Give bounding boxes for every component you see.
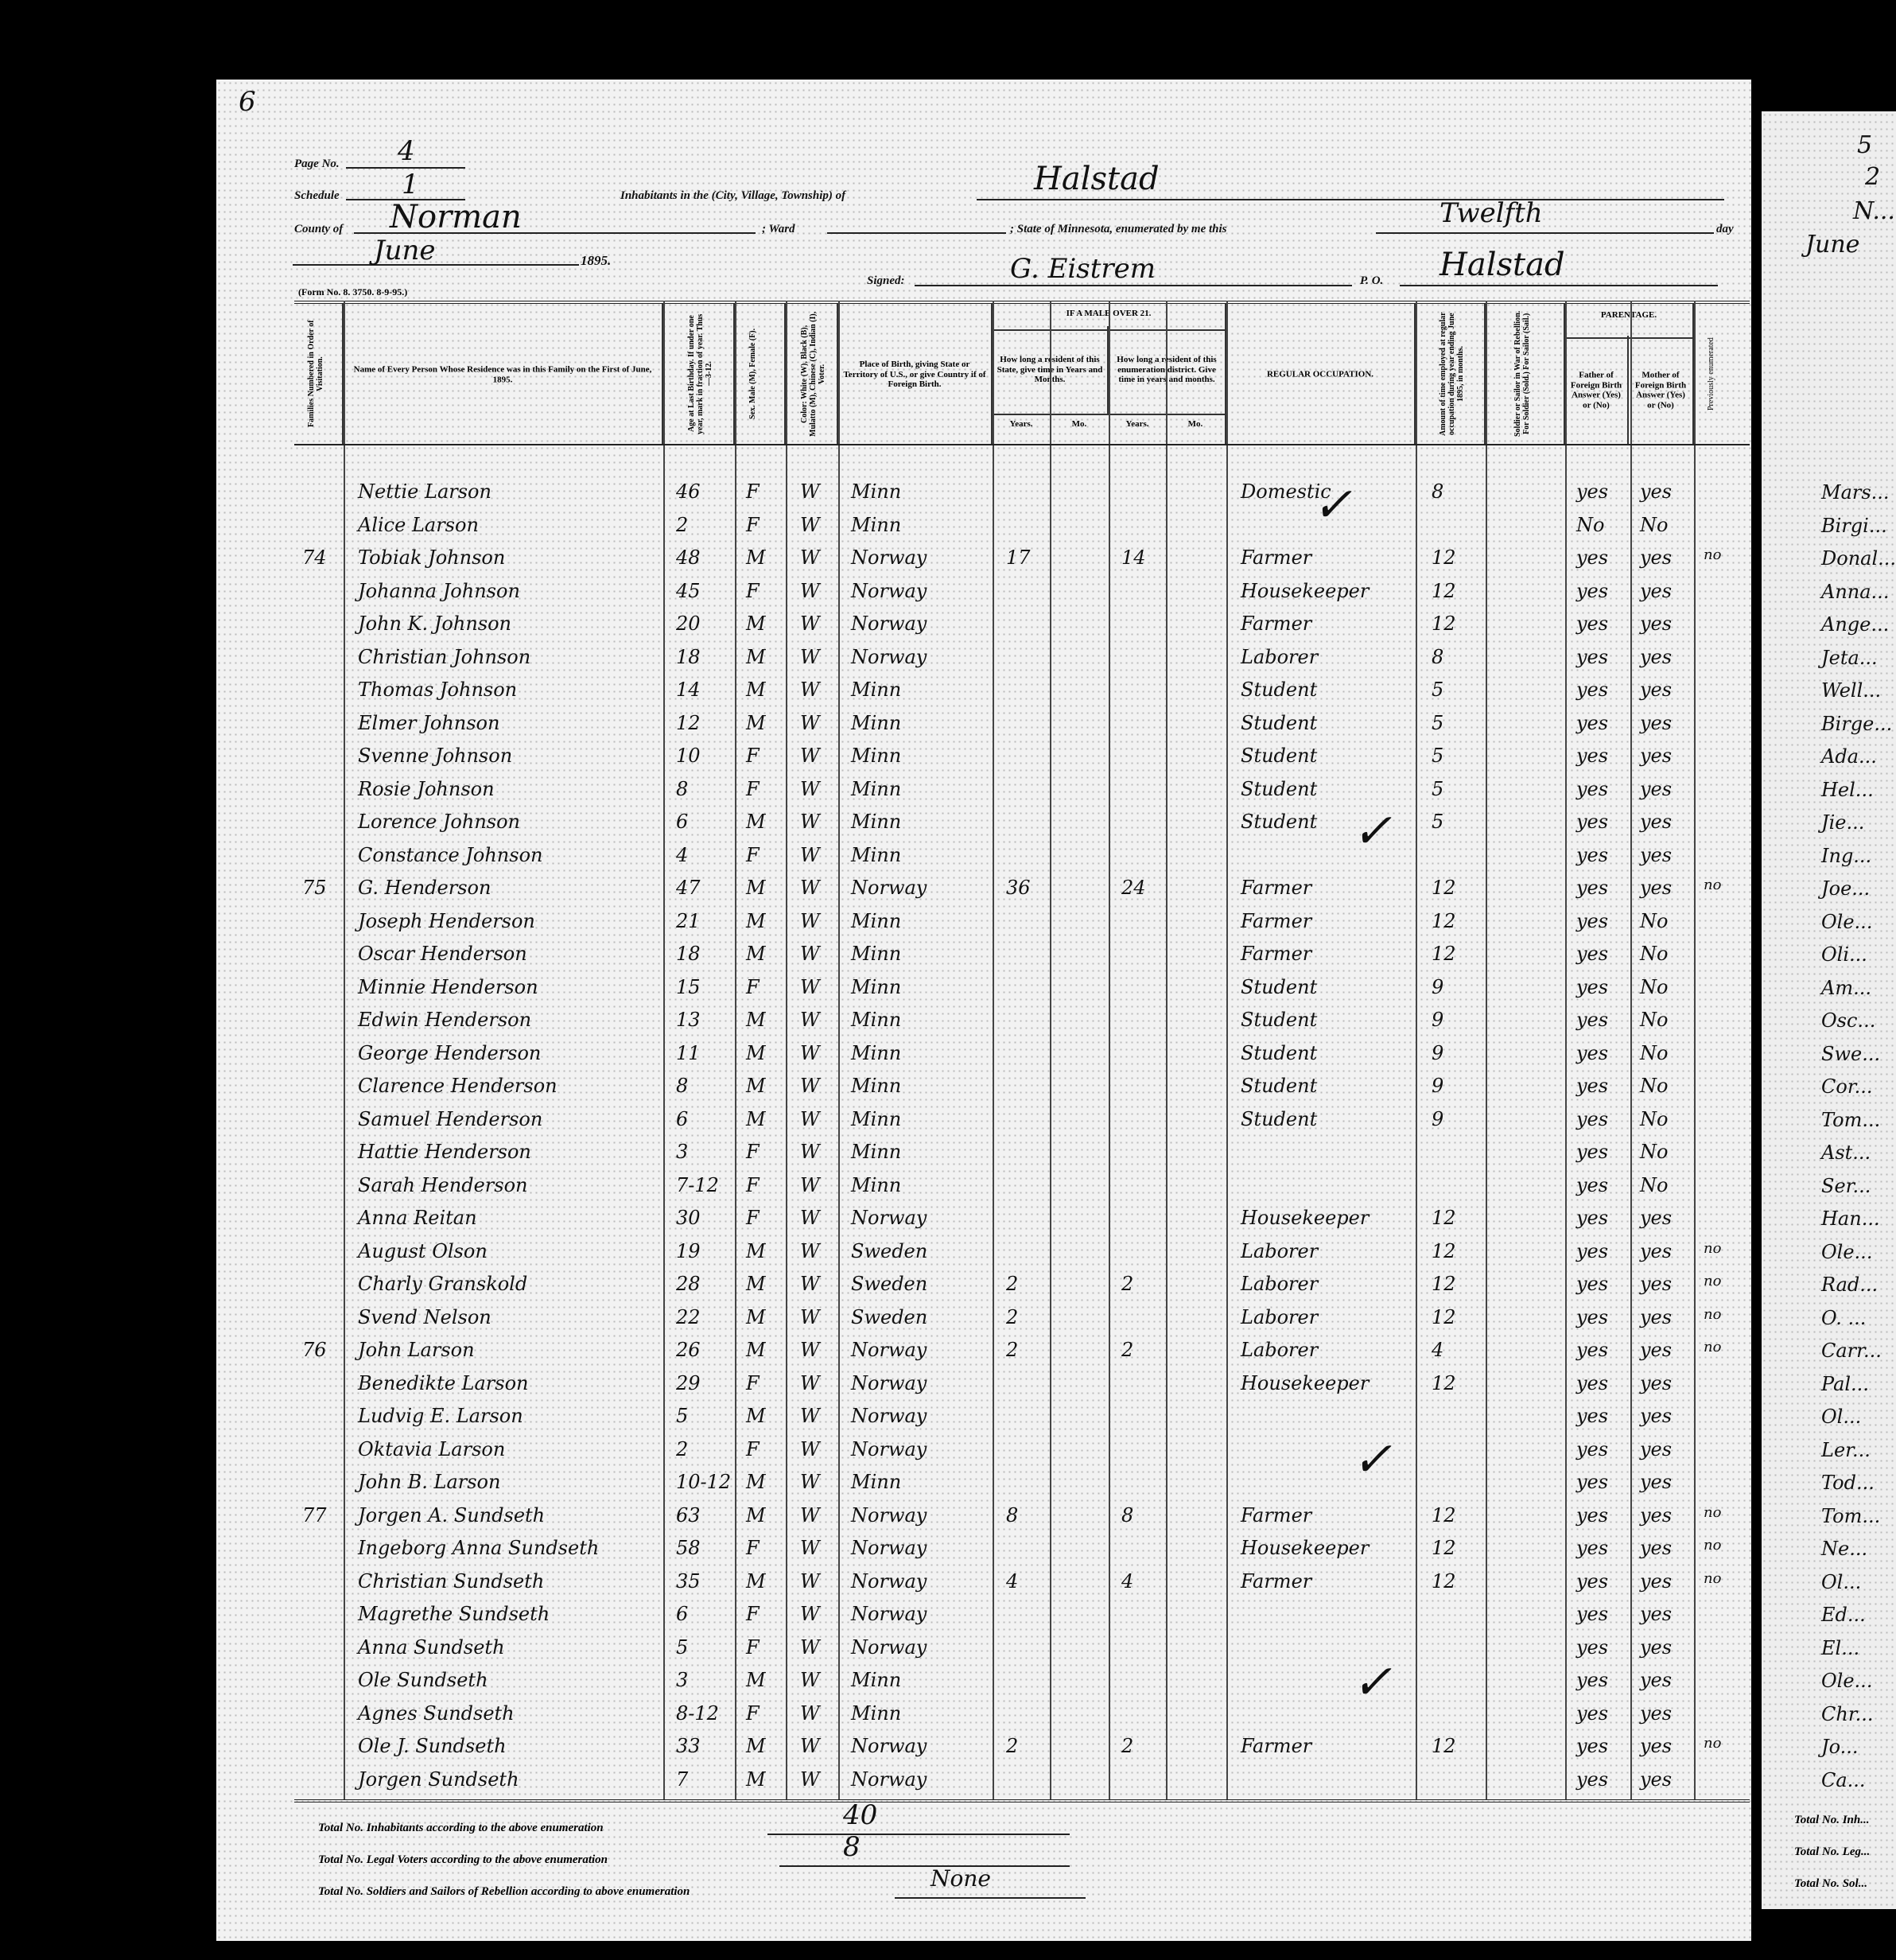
occupation: Student [1241,778,1317,800]
occupation: Laborer [1241,1240,1318,1262]
person-name: Thomas Johnson [358,679,517,701]
age: 3 [676,1669,688,1691]
signed-label: Signed: [867,274,905,288]
age: 46 [676,480,701,503]
col-header-age: Age at Last Birthday. If under one year,… [663,304,735,445]
next-page-name: Pal... [1821,1373,1869,1395]
inhabitants-label: Inhabitants in the (City, Village, Towns… [620,189,845,203]
next-page-name: Ole... [1821,1241,1872,1263]
months-employed: 12 [1432,1372,1456,1394]
sex: F [746,745,760,767]
mother-foreign-birth: yes [1640,1273,1672,1295]
birthplace: Minn [851,778,901,800]
table-row: Lorence Johnson 6 M W Minn Student 5 yes… [294,807,1750,839]
birthplace: Minn [851,514,901,536]
father-foreign-birth: yes [1576,1009,1608,1031]
township-value: Halstad [1034,161,1160,197]
person-name: Elmer Johnson [358,712,499,734]
age: 22 [676,1306,701,1328]
next-page-name: Ler... [1821,1439,1871,1461]
father-foreign-birth: yes [1576,1471,1608,1493]
next-page-name: Well... [1821,679,1881,702]
next-page-total-label: Total No. Leg... [1794,1845,1870,1859]
father-foreign-birth: yes [1576,745,1608,767]
birthplace: Minn [851,480,901,503]
father-foreign-birth: yes [1576,1108,1608,1130]
next-page-name: Birge... [1821,713,1892,735]
day-label: day [1716,223,1734,236]
birthplace: Norway [851,1537,927,1559]
person-name: August Olson [358,1240,488,1262]
next-page-name: Swe... [1821,1043,1880,1065]
person-name: Alice Larson [358,514,479,536]
sex: M [746,1075,766,1097]
color: W [800,1273,820,1295]
age: 11 [676,1042,701,1064]
occupation: Farmer [1241,546,1311,569]
sex: F [746,1603,760,1625]
birthplace: Norway [851,1504,927,1526]
birthplace: Minn [851,1009,901,1031]
state-label: ; State of Minnesota, enumerated by me t… [1010,223,1227,236]
color: W [800,1306,820,1328]
table-bottom-rule [294,1799,1750,1802]
district-months-label: Mo. [1168,419,1223,429]
age: 48 [676,546,701,569]
sex: M [746,612,766,635]
person-name: Benedikte Larson [358,1372,529,1394]
occupation: Laborer [1241,1273,1318,1295]
color: W [800,877,820,899]
state-residence-years: 2 [1006,1273,1018,1295]
mother-foreign-birth: yes [1640,1537,1672,1559]
sex: M [746,1306,766,1328]
district-residence-years: 2 [1121,1339,1133,1361]
table-row: 77 Jorgen A. Sundseth 63 M W Norway 8 8 … [294,1501,1750,1533]
color: W [800,712,820,734]
next-page-county: N... [1853,197,1895,225]
father-foreign-birth: yes [1576,1603,1608,1625]
page-no-value: 4 [398,135,415,167]
col-header-soldier: Soldier or Sailor in War of Rebellion. F… [1486,304,1565,445]
next-page-name: Ed... [1821,1604,1866,1626]
table-row: 76 John Larson 26 M W Norway 2 2 Laborer… [294,1336,1750,1367]
mother-foreign-birth: yes [1640,712,1672,734]
birthplace: Minn [851,1075,901,1097]
birthplace: Norway [851,1603,927,1625]
months-employed: 12 [1432,1306,1456,1328]
next-page-name: Ol... [1821,1406,1861,1428]
mother-foreign-birth: yes [1640,1339,1672,1361]
next-page-name: Ange... [1821,613,1889,636]
sex: M [746,1735,766,1757]
age: 12 [676,712,701,734]
father-foreign-birth: yes [1576,1405,1608,1427]
person-name: Ole Sundseth [358,1669,488,1691]
township-line [977,199,1724,200]
table-row: John B. Larson 10-12 M W Minn yes yes [294,1468,1750,1499]
birthplace: Norway [851,612,927,635]
mother-foreign-birth: No [1640,1108,1668,1130]
month-line [293,264,579,266]
next-page-name: Donal... [1821,547,1896,570]
father-foreign-birth: yes [1576,1768,1608,1791]
next-page-total-label: Total No. Inh... [1794,1814,1869,1827]
birthplace: Sweden [851,1273,927,1295]
previously-enumerated: no [1704,1504,1721,1521]
mother-foreign-birth: yes [1640,1603,1672,1625]
occupation: Laborer [1241,1339,1318,1361]
father-foreign-birth: yes [1576,712,1608,734]
color: W [800,580,820,602]
color: W [800,1438,820,1460]
district-residence-years: 4 [1121,1570,1133,1592]
sex: M [746,943,766,965]
months-employed: 5 [1432,778,1443,800]
mother-foreign-birth: yes [1640,1768,1672,1791]
age: 14 [676,679,701,701]
state-residence-years: 17 [1006,546,1031,569]
father-foreign-birth: yes [1576,1075,1608,1097]
next-page-name: Carr... [1821,1340,1882,1362]
father-foreign-birth: yes [1576,1042,1608,1064]
mother-foreign-birth: yes [1640,745,1672,767]
table-row: Clarence Henderson 8 M W Minn Student 9 … [294,1071,1750,1103]
birthplace: Norway [851,646,927,668]
person-name: Oscar Henderson [358,943,527,965]
person-name: Johanna Johnson [358,580,520,602]
birthplace: Norway [851,877,927,899]
months-employed: 8 [1432,646,1443,668]
tally-check-icon: ✓ [1352,803,1392,859]
father-foreign-birth: yes [1576,1570,1608,1592]
sex: F [746,1636,760,1659]
birthplace: Norway [851,1372,927,1394]
table-row: Jorgen Sundseth 7 M W Norway yes yes [294,1765,1750,1797]
age: 5 [676,1405,688,1427]
table-row: Nettie Larson 46 F W Minn Domestic 8 yes… [294,477,1750,509]
sex: M [746,1339,766,1361]
table-row: Magrethe Sundseth 6 F W Norway yes yes [294,1600,1750,1631]
father-foreign-birth: yes [1576,1240,1608,1262]
person-name: George Henderson [358,1042,541,1064]
months-employed: 5 [1432,811,1443,833]
person-name: Oktavia Larson [358,1438,505,1460]
person-name: Ludvig E. Larson [358,1405,523,1427]
birthplace: Minn [851,1471,901,1493]
enumerator-signature: G. Eistrem [1010,253,1156,285]
person-name: Tobiak Johnson [358,546,505,569]
next-page-name: Mars... [1821,481,1890,504]
person-name: Anna Sundseth [358,1636,505,1659]
age: 5 [676,1636,688,1659]
mother-foreign-birth: No [1640,1042,1668,1064]
person-name: Lorence Johnson [358,811,520,833]
birthplace: Minn [851,679,901,701]
sex: M [746,679,766,701]
next-page-name: Ada... [1821,745,1877,768]
mother-foreign-birth: yes [1640,1570,1672,1592]
color: W [800,679,820,701]
sex: M [746,712,766,734]
table-row: John K. Johnson 20 M W Norway Farmer 12 … [294,609,1750,641]
next-page-name: Ca... [1821,1769,1866,1791]
po-label: P. O. [1360,274,1383,288]
age: 29 [676,1372,701,1394]
person-name: Sarah Henderson [358,1174,527,1196]
table-row: Johanna Johnson 45 F W Norway Housekeepe… [294,577,1750,609]
color: W [800,1141,820,1163]
col-header-occupation: REGULAR OCCUPATION. [1226,304,1416,445]
table-row: Agnes Sundseth 8-12 F W Minn yes yes [294,1699,1750,1731]
next-page-name: Jo... [1821,1736,1859,1758]
next-page-name: Ole... [1821,1670,1872,1692]
birthplace: Norway [851,1339,927,1361]
color: W [800,1702,820,1725]
age: 6 [676,1603,688,1625]
table-row: 74 Tobiak Johnson 48 M W Norway 17 14 Fa… [294,543,1750,575]
age: 47 [676,877,701,899]
table-row: Anna Sundseth 5 F W Norway yes yes [294,1633,1750,1665]
next-page-name: Osc... [1821,1009,1875,1032]
age: 26 [676,1339,701,1361]
birthplace: Norway [851,546,927,569]
sex: F [746,1702,760,1725]
next-page-name: Han... [1821,1207,1880,1230]
sex: M [746,1240,766,1262]
next-page-name: Ing... [1821,845,1871,867]
father-foreign-birth: yes [1576,1306,1608,1328]
birthplace: Norway [851,1405,927,1427]
county-label: County of [294,223,343,236]
occupation: Laborer [1241,646,1318,668]
person-name: Edwin Henderson [358,1009,531,1031]
occupation: Farmer [1241,1735,1311,1757]
person-name: Jorgen A. Sundseth [358,1504,545,1526]
table-row: Thomas Johnson 14 M W Minn Student 5 yes… [294,675,1750,707]
months-employed: 12 [1432,580,1456,602]
mother-foreign-birth: yes [1640,1306,1672,1328]
person-name: Jorgen Sundseth [358,1768,519,1791]
age: 8-12 [676,1702,719,1725]
mother-foreign-birth: yes [1640,1438,1672,1460]
birthplace: Minn [851,1174,901,1196]
person-name: Svenne Johnson [358,745,512,767]
next-page-number: 5 [1857,131,1872,159]
col-header-name: Name of Every Person Whose Residence was… [344,304,663,445]
state-residence-years: 4 [1006,1570,1018,1592]
birthplace: Minn [851,1141,901,1163]
months-employed: 4 [1432,1339,1443,1361]
father-foreign-birth: yes [1576,844,1608,866]
months-employed: 5 [1432,712,1443,734]
age: 19 [676,1240,701,1262]
table-row: Ingeborg Anna Sundseth 58 F W Norway Hou… [294,1534,1750,1565]
county-value: Norman [390,199,522,235]
father-foreign-birth: yes [1576,811,1608,833]
mother-foreign-birth: yes [1640,546,1672,569]
sex: M [746,1108,766,1130]
occupation: Farmer [1241,943,1311,965]
book-gutter [1751,80,1762,1957]
occupation: Housekeeper [1241,1207,1369,1229]
father-foreign-birth: yes [1576,1636,1608,1659]
next-page-name: Jie... [1821,811,1864,834]
father-foreign-birth: yes [1576,1273,1608,1295]
color: W [800,1042,820,1064]
color: W [800,1537,820,1559]
color: W [800,811,820,833]
next-page-name: Ser... [1821,1175,1871,1197]
mother-foreign-birth: yes [1640,811,1672,833]
months-employed: 9 [1432,1108,1443,1130]
next-page-name: Rad... [1821,1274,1878,1296]
tally-check-icon: ✓ [1312,477,1352,533]
table-row: Oktavia Larson 2 F W Norway yes yes [294,1435,1750,1467]
birthplace: Minn [851,1108,901,1130]
color: W [800,943,820,965]
district-residence-years: 2 [1121,1273,1133,1295]
sex: M [746,1405,766,1427]
months-employed: 12 [1432,1537,1456,1559]
mother-foreign-birth: No [1640,1075,1668,1097]
state-residence-years: 36 [1006,877,1031,899]
age: 13 [676,1009,701,1031]
po-line [1400,285,1718,286]
census-table-header: Families Numbered in Order of Visitation… [294,301,1750,304]
table-row: Sarah Henderson 7-12 F W Minn yes No [294,1171,1750,1203]
previously-enumerated: no [1704,1537,1721,1554]
age: 3 [676,1141,688,1163]
next-page-name: Ne... [1821,1538,1867,1560]
father-foreign-birth: yes [1576,1438,1608,1460]
table-row: Hattie Henderson 3 F W Minn yes No [294,1137,1750,1169]
tally-check-icon: ✓ [1352,1655,1392,1710]
sex: F [746,844,760,866]
sex: M [746,1504,766,1526]
district-residence-years: 14 [1121,546,1146,569]
age: 21 [676,910,701,932]
person-name: Hattie Henderson [358,1141,531,1163]
color: W [800,646,820,668]
previously-enumerated: no [1704,546,1721,563]
col-header-family-no: Families Numbered in Order of Visitation… [294,304,344,445]
color: W [800,1735,820,1757]
mother-foreign-birth: No [1640,943,1668,965]
month-value: June [374,235,436,266]
father-foreign-birth: yes [1576,1702,1608,1725]
table-row: Rosie Johnson 8 F W Minn Student 5 yes y… [294,775,1750,807]
color: W [800,514,820,536]
birthplace: Minn [851,811,901,833]
form-number: (Form No. 8. 3750. 8-9-95.) [298,286,407,298]
ward-label: ; Ward [762,223,795,236]
father-foreign-birth: yes [1576,546,1608,569]
census-rows: Nettie Larson 46 F W Minn Domestic 8 yes… [294,444,1750,445]
family-number: 75 [302,877,327,899]
occupation: Student [1241,712,1317,734]
occupation: Farmer [1241,910,1311,932]
previously-enumerated: no [1704,1339,1721,1355]
months-employed: 12 [1432,546,1456,569]
sex: F [746,480,760,503]
color: W [800,1339,820,1361]
color: W [800,844,820,866]
color: W [800,612,820,635]
mother-foreign-birth: yes [1640,646,1672,668]
age: 18 [676,943,701,965]
color: W [800,1570,820,1592]
color: W [800,1405,820,1427]
state-years-label: Years. [993,419,1050,429]
birthplace: Sweden [851,1306,927,1328]
state-months-label: Mo. [1051,419,1107,429]
months-employed: 12 [1432,1207,1456,1229]
next-page-name: Tod... [1821,1472,1875,1494]
year-label: 1895. [581,253,611,269]
district-residence-years: 24 [1121,877,1146,899]
mother-foreign-birth: yes [1640,480,1672,503]
table-row: Christian Sundseth 35 M W Norway 4 4 Far… [294,1567,1750,1599]
person-name: Charly Granskold [358,1273,527,1295]
mother-foreign-birth: yes [1640,1669,1672,1691]
age: 35 [676,1570,701,1592]
col-header-parentage: PARENTAGE. Father of Foreign Birth Answe… [1565,304,1694,445]
age: 2 [676,514,688,536]
table-row: Anna Reitan 30 F W Norway Housekeeper 12… [294,1204,1750,1235]
father-foreign-header: Father of Foreign Birth Answer (Yes) or … [1565,336,1629,445]
table-row: Ole J. Sundseth 33 M W Norway 2 2 Farmer… [294,1732,1750,1764]
total-inhabitants-value: 40 [843,1799,877,1831]
mother-foreign-birth: No [1640,976,1668,998]
corner-note: 6 [239,86,256,118]
months-employed: 5 [1432,679,1443,701]
total-voters-label: Total No. Legal Voters according to the … [318,1853,608,1867]
months-employed: 12 [1432,1735,1456,1757]
sex: M [746,546,766,569]
birthplace: Norway [851,1636,927,1659]
father-foreign-birth: yes [1576,612,1608,635]
sex: F [746,778,760,800]
table-row: Ludvig E. Larson 5 M W Norway yes yes [294,1402,1750,1433]
mother-foreign-birth: yes [1640,778,1672,800]
months-employed: 12 [1432,1504,1456,1526]
age: 8 [676,1075,688,1097]
mother-foreign-birth: yes [1640,1504,1672,1526]
months-employed: 5 [1432,745,1443,767]
next-page-name: Anna... [1821,581,1889,603]
next-page-name: Ole... [1821,911,1872,933]
col-header-birthplace: Place of Birth, giving State or Territor… [838,304,993,445]
mother-foreign-birth: yes [1640,1636,1672,1659]
age: 30 [676,1207,701,1229]
color: W [800,1207,820,1229]
birthplace: Minn [851,1042,901,1064]
birthplace: Norway [851,1735,927,1757]
person-name: Minnie Henderson [358,976,538,998]
sex: M [746,646,766,668]
age: 63 [676,1504,701,1526]
occupation: Student [1241,976,1317,998]
person-name: Constance Johnson [358,844,542,866]
next-page-name: Tom... [1821,1109,1880,1131]
sex: F [746,1372,760,1394]
color: W [800,1768,820,1791]
father-foreign-birth: yes [1576,778,1608,800]
next-page-name: O. ... [1821,1307,1866,1329]
months-employed: 12 [1432,910,1456,932]
person-name: Ingeborg Anna Sundseth [358,1537,599,1559]
